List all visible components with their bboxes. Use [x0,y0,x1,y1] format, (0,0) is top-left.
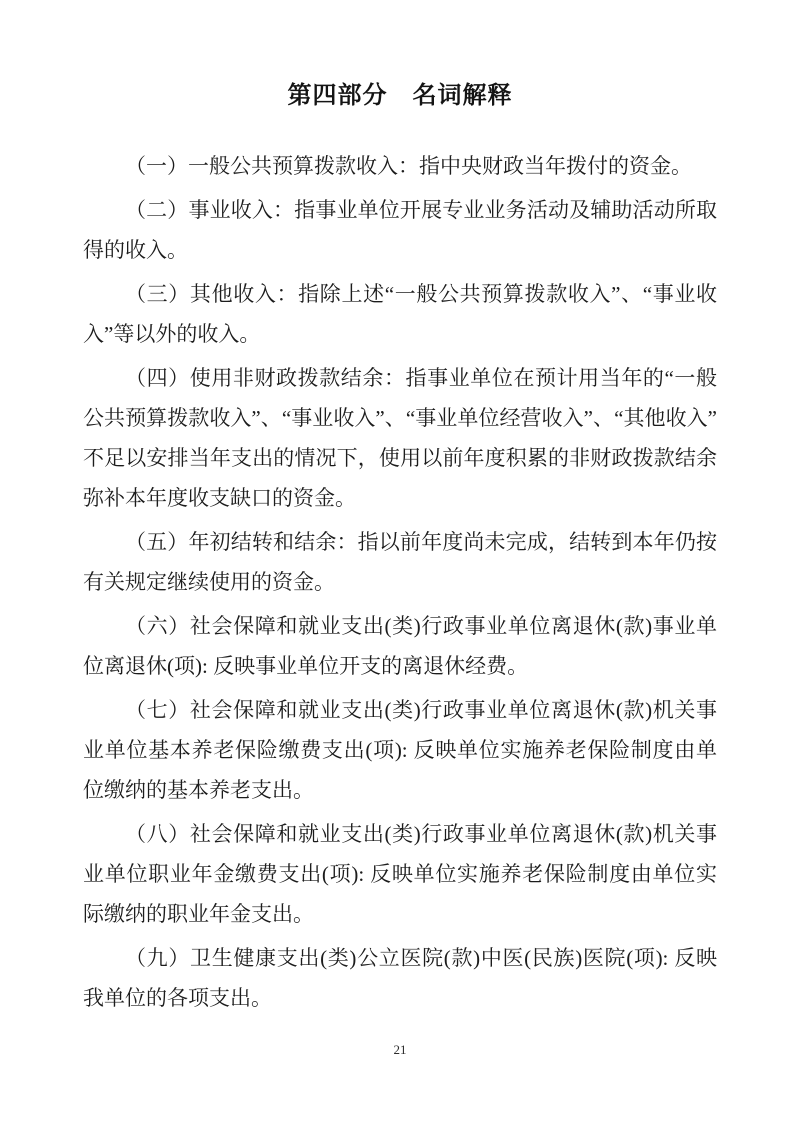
glossary-paragraph-7: （七）社会保障和就业支出(类)行政事业单位离退休(款)机关事业单位基本养老保险缴… [83,690,717,810]
page-footer: 21 [0,1041,800,1059]
glossary-paragraph-9: （九）卫生健康支出(类)公立医院(款)中医(民族)医院(项): 反映我单位的各项… [83,938,717,1018]
glossary-paragraph-8: （八）社会保障和就业支出(类)行政事业单位离退休(款)机关事业单位职业年金缴费支… [83,814,717,934]
document-page: 第四部分 名词解释 （一）一般公共预算拨款收入：指中央财政当年拨付的资金。 （二… [0,0,800,1131]
glossary-paragraph-6: （六）社会保障和就业支出(类)行政事业单位离退休(款)事业单位离退休(项): 反… [83,606,717,686]
page-title: 第四部分 名词解释 [83,78,717,114]
glossary-paragraph-3: （三）其他收入：指除上述“一般公共预算拨款收入”、“事业收入”等以外的收入。 [83,274,717,354]
document-body: （一）一般公共预算拨款收入：指中央财政当年拨付的资金。 （二）事业收入：指事业单… [83,146,717,1018]
glossary-paragraph-2: （二）事业收入：指事业单位开展专业业务活动及辅助活动所取得的收入。 [83,190,717,270]
glossary-paragraph-1: （一）一般公共预算拨款收入：指中央财政当年拨付的资金。 [83,146,717,186]
glossary-paragraph-5: （五）年初结转和结余：指以前年度尚未完成，结转到本年仍按有关规定继续使用的资金。 [83,522,717,602]
glossary-paragraph-4: （四）使用非财政拨款结余：指事业单位在预计用当年的“一般公共预算拨款收入”、“事… [83,358,717,518]
page-number: 21 [394,1042,407,1057]
